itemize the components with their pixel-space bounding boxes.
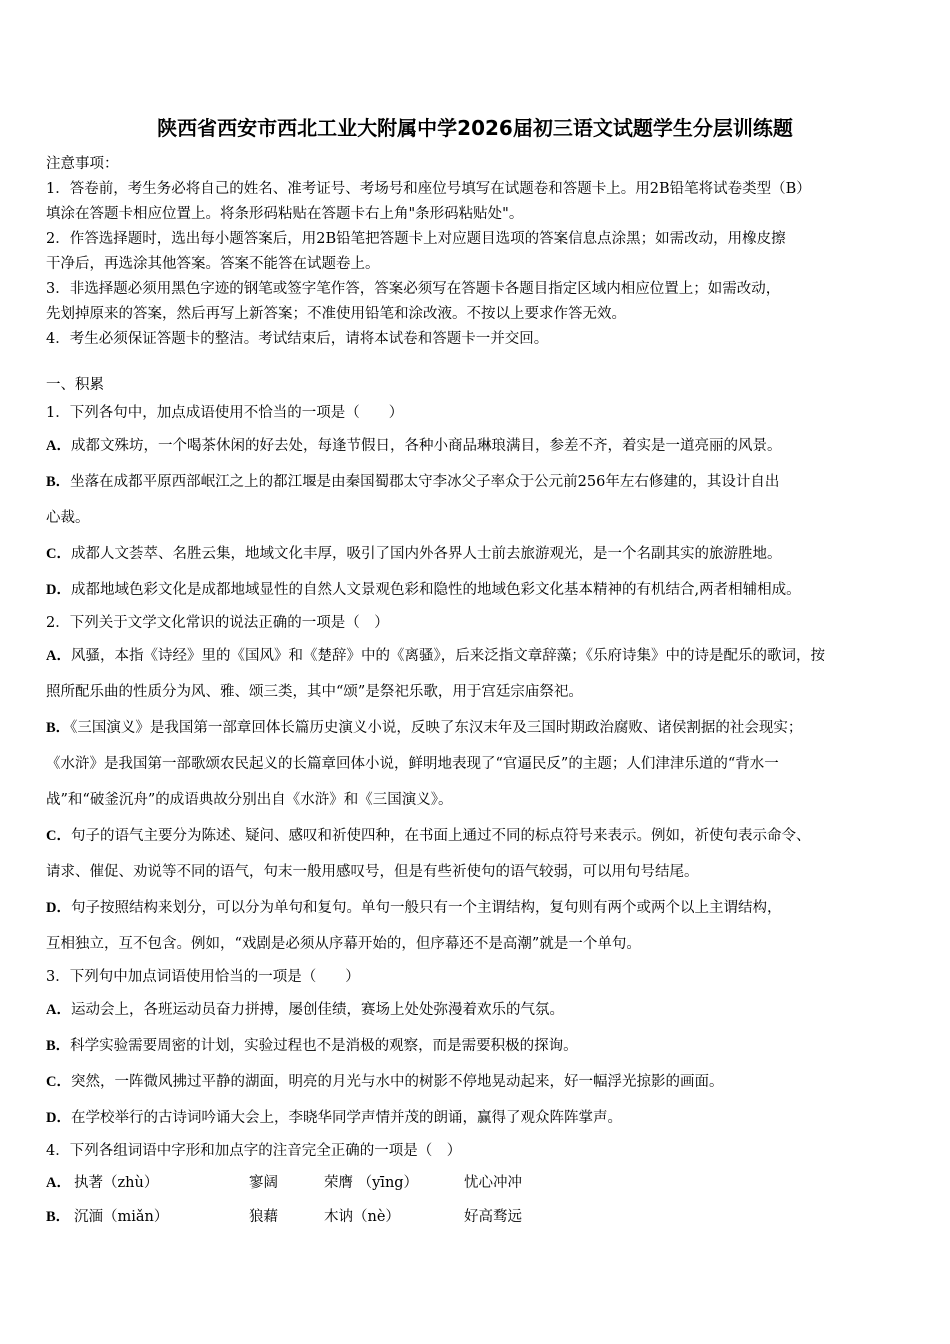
question-1-option-c: C．成都人文荟萃、名胜云集，地域文化丰厚，吸引了国内外各界人士前去旅游观光，是一…	[46, 536, 916, 572]
option-text-continued: 照所配乐曲的性质分为风、雅、颂三类，其中“颂”是祭祀乐歌，用于宫廷宗庙祭祀。	[46, 674, 916, 710]
question-2-stem: 2．下列关于文学文化常识的说法正确的一项是（ ）	[46, 608, 916, 638]
option-label: D．	[46, 582, 71, 598]
option-text: 在学校举行的古诗词吟诵大会上，李晓华同学声情并茂的朗诵，赢得了观众阵阵掌声。	[71, 1110, 622, 1126]
question-1-option-a: A．成都文殊坊，一个喝茶休闲的好去处，每逢节假日，各种小商品琳琅满目，参差不齐，…	[46, 428, 916, 464]
option-item: 荣膺 （yīng）	[324, 1166, 464, 1200]
question-4-option-b: B． 沉湎（miǎn） 狼藉 木讷（nè） 好高骛远	[46, 1200, 916, 1234]
option-text: 句子的语气主要分为陈述、疑问、感叹和祈使四种，在书面上通过不同的标点符号来表示。…	[71, 828, 811, 844]
notice-heading: 注意事项：	[46, 152, 916, 177]
question-3-stem: 3．下列句中加点词语使用恰当的一项是（ ）	[46, 962, 916, 992]
option-label: C．	[46, 1074, 71, 1090]
question-3-option-a: A．运动会上，各班运动员奋力拼搏，屡创佳绩，赛场上处处弥漫着欢乐的气氛。	[46, 992, 916, 1028]
notice-line: 先划掉原来的答案，然后再写上新答案；不准使用铅笔和涂改液。不按以上要求作答无效。	[46, 302, 916, 327]
option-text: 句子按照结构来划分，可以分为单句和复句。单句一般只有一个主谓结构，复句则有两个或…	[71, 900, 782, 916]
option-text: 科学实验需要周密的计划，实验过程也不是消极的观察，而是需要积极的探询。	[70, 1038, 578, 1054]
option-text: 成都人文荟萃、名胜云集，地域文化丰厚，吸引了国内外各界人士前去旅游观光，是一个名…	[71, 546, 782, 562]
option-text: 《三国演义》是我国第一部章回体长篇历史演义小说，反映了东汉末年及三国时期政治腐败…	[70, 720, 802, 736]
option-label: A．	[46, 1166, 74, 1200]
notice-line: 4．考生必须保证答题卡的整洁。考试结束后，请将本试卷和答题卡一并交回。	[46, 327, 916, 352]
option-item: 狼藉	[249, 1200, 324, 1234]
option-label: D．	[46, 1110, 71, 1126]
option-label: B．	[46, 720, 70, 736]
option-text-continued: 请求、催促、劝说等不同的语气，句末一般用感叹号，但是有些祈使句的语气较弱，可以用…	[46, 854, 916, 890]
option-text: 风骚，本指《诗经》里的《国风》和《楚辞》中的《离骚》，后来泛指文章辞藻；《乐府诗…	[71, 648, 825, 664]
option-text-continued: 心裁。	[46, 500, 916, 536]
notice-line: 1．答卷前，考生务必将自己的姓名、准考证号、考场号和座位号填写在试题卷和答题卡上…	[46, 177, 916, 202]
option-item: 沉湎（miǎn）	[74, 1200, 249, 1234]
notice-line: 干净后，再选涂其他答案。答案不能答在试题卷上。	[46, 252, 916, 277]
option-label: C．	[46, 828, 71, 844]
question-3-option-b: B．科学实验需要周密的计划，实验过程也不是消极的观察，而是需要积极的探询。	[46, 1028, 916, 1064]
option-label: A．	[46, 648, 71, 664]
notice-line: 2．作答选择题时，选出每小题答案后，用2B铅笔把答题卡上对应题目选项的答案信息点…	[46, 227, 916, 252]
questions-content: 一、积累 1．下列各句中，加点成语使用不恰当的一项是（ ） A．成都文殊坊，一个…	[46, 373, 916, 1234]
option-label: B．	[46, 1038, 70, 1054]
notice-line: 3．非选择题必须用黑色字迹的钢笔或签字笔作答，答案必须写在答题卡各题目指定区域内…	[46, 277, 916, 302]
option-label: B．	[46, 1200, 74, 1234]
question-3-option-d: D．在学校举行的古诗词吟诵大会上，李晓华同学声情并茂的朗诵，赢得了观众阵阵掌声。	[46, 1100, 916, 1136]
option-item: 寥阔	[249, 1166, 324, 1200]
question-3-option-c: C．突然，一阵微风拂过平静的湖面，明亮的月光与水中的树影不停地晃动起来，好一幅浮…	[46, 1064, 916, 1100]
option-text: 成都地域色彩文化是成都地域显性的自然人文景观色彩和隐性的地域色彩文化基本精神的有…	[71, 582, 801, 598]
question-4-stem: 4．下列各组词语中字形和加点字的注音完全正确的一项是（ ）	[46, 1136, 916, 1166]
question-1-option-b: B．坐落在成都平原西部岷江之上的都江堰是由秦国蜀郡太守李冰父子率众于公元前256…	[46, 464, 916, 536]
question-2-option-c: C．句子的语气主要分为陈述、疑问、感叹和祈使四种，在书面上通过不同的标点符号来表…	[46, 818, 916, 890]
document-title: 陕西省西安市西北工业大附属中学2026届初三语文试题学生分层训练题	[0, 112, 950, 141]
option-text-continued: 《水浒》是我国第一部歌颂农民起义的长篇章回体小说，鲜明地表现了“官逼民反”的主题…	[46, 746, 916, 782]
option-item: 好高骛远	[464, 1200, 614, 1234]
option-label: A．	[46, 1002, 71, 1018]
notice-block: 注意事项： 1．答卷前，考生务必将自己的姓名、准考证号、考场号和座位号填写在试题…	[46, 152, 916, 352]
option-label: D．	[46, 900, 71, 916]
option-text: 成都文殊坊，一个喝茶休闲的好去处，每逢节假日，各种小商品琳琅满目，参差不齐，着实…	[71, 438, 782, 454]
question-2-option-b: B．《三国演义》是我国第一部章回体长篇历史演义小说，反映了东汉末年及三国时期政治…	[46, 710, 916, 818]
question-1-stem: 1．下列各句中，加点成语使用不恰当的一项是（ ）	[46, 398, 916, 428]
option-text: 突然，一阵微风拂过平静的湖面，明亮的月光与水中的树影不停地晃动起来，好一幅浮光掠…	[71, 1074, 724, 1090]
option-item: 木讷（nè）	[324, 1200, 464, 1234]
option-item: 忧心冲冲	[464, 1166, 614, 1200]
question-2-option-a: A．风骚，本指《诗经》里的《国风》和《楚辞》中的《离骚》，后来泛指文章辞藻；《乐…	[46, 638, 916, 710]
option-item: 执著（zhù）	[74, 1166, 249, 1200]
notice-line: 填涂在答题卡相应位置上。将条形码粘贴在答题卡右上角"条形码粘贴处"。	[46, 202, 916, 227]
option-text-continued: 战”和“破釜沉舟”的成语典故分别出自《水浒》和《三国演义》。	[46, 782, 916, 818]
option-label: A．	[46, 438, 71, 454]
question-4-option-a: A． 执著（zhù） 寥阔 荣膺 （yīng） 忧心冲冲	[46, 1166, 916, 1200]
option-text: 坐落在成都平原西部岷江之上的都江堰是由秦国蜀郡太守李冰父子率众于公元前256年左…	[70, 474, 779, 490]
question-2-option-d: D．句子按照结构来划分，可以分为单句和复句。单句一般只有一个主谓结构，复句则有两…	[46, 890, 916, 962]
option-label: C．	[46, 546, 71, 562]
option-text-continued: 互相独立，互不包含。例如，“戏剧是必须从序幕开始的，但序幕还不是高潮”就是一个单…	[46, 926, 916, 962]
section-heading: 一、积累	[46, 373, 916, 398]
option-label: B．	[46, 474, 70, 490]
option-text: 运动会上，各班运动员奋力拼搏，屡创佳绩，赛场上处处弥漫着欢乐的气氛。	[71, 1002, 564, 1018]
question-1-option-d: D．成都地域色彩文化是成都地域显性的自然人文景观色彩和隐性的地域色彩文化基本精神…	[46, 572, 916, 608]
